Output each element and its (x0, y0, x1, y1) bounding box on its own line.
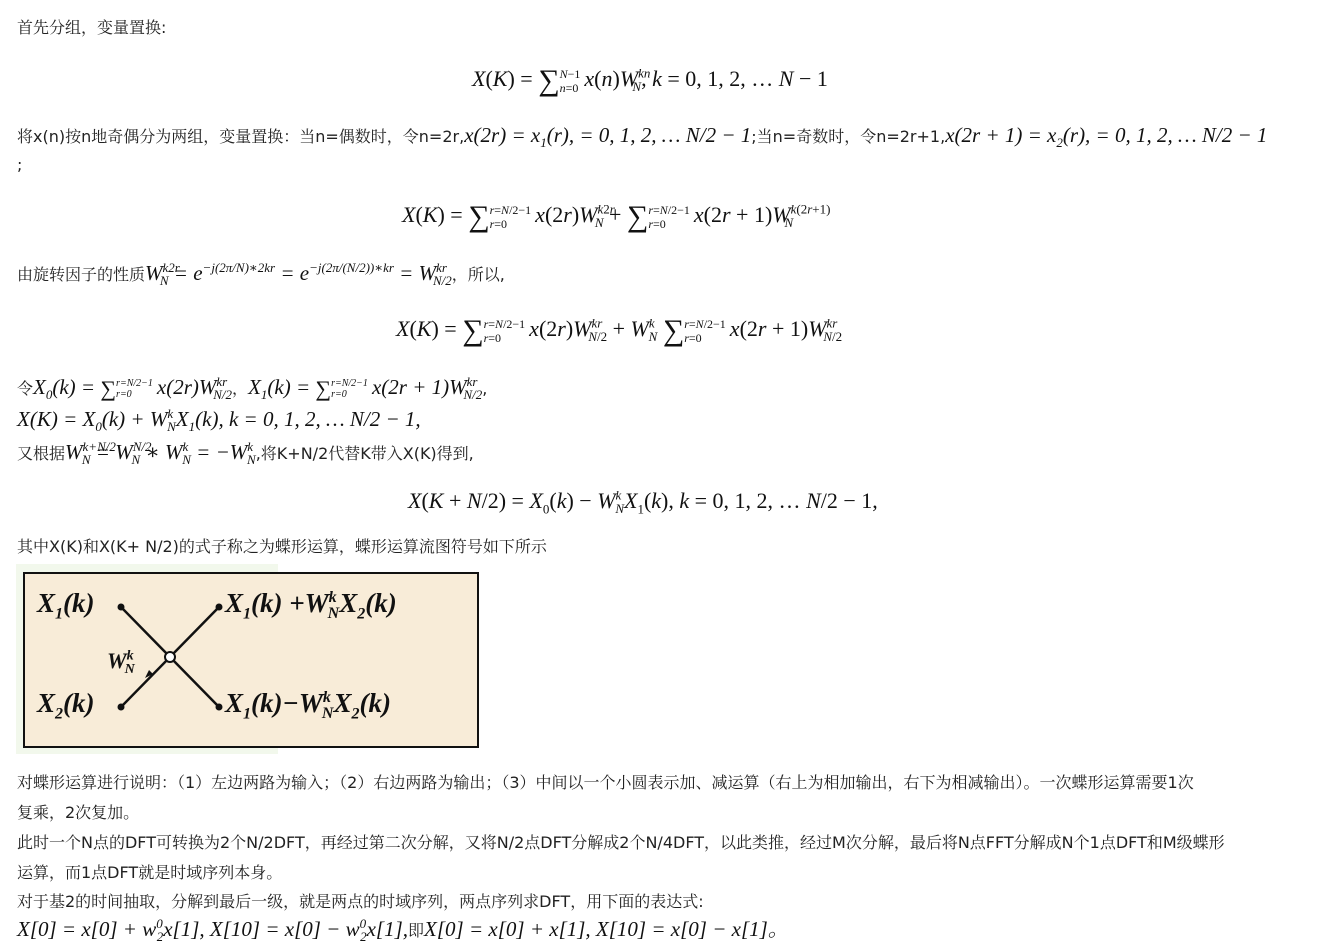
output-diff-label: X1(k)−WkNX2(k) (225, 688, 391, 719)
semicolon-text: ; (17, 154, 22, 176)
grouping-text-b: ;当n=奇数时，令n=2r+1, (751, 127, 945, 146)
output-sum-label: X1(k) +WkNX2(k) (225, 588, 397, 619)
intro-text: 首先分组，变量置换: (17, 17, 166, 39)
decomposition-line1: 此时一个N点的DFT可转换为2个N/2DFT，再经过第二次分解，又将N/2点DF… (17, 832, 1225, 854)
comma-text-2: , (482, 379, 487, 398)
let-label: 令 (17, 379, 33, 398)
periodicity-text: 又根据Wk+N/2N = WN/2N ∗ WkN = −WkN,将K+N/2代替… (17, 441, 474, 465)
grouping-text-a: 将x(n)按n地奇偶分为两组，变量置换：当n=偶数时，令n=2r, (17, 127, 464, 146)
equation-split-sum: X(K) = ∑r=N/2−1r=0x(2r)Wk2rN + ∑r=N/2−1r… (402, 200, 793, 234)
input-x2-label: X2(k) (37, 688, 95, 719)
twiddle-property-label: 由旋转因子的性质 (17, 265, 145, 284)
define-x0-x1-text: 令X0(k) = ∑r=N/2−1r=0x(2r)WkrN/2，X1(k) = … (17, 376, 487, 400)
butterfly-explanation-line1: 对蝶形运算进行说明：（1）左边两路为输入；（2）右边两路为输出；（3）中间以一个… (17, 772, 1194, 794)
input-x1-label: X1(k) (37, 588, 95, 619)
butterfly-intro-text: 其中X(K)和X(K+ N/2)的式子称之为蝶形运算，蝶形运算流图符号如下所示 (17, 536, 547, 558)
decomposition-line2: 运算，而1点DFT就是时域序列本身。 (17, 862, 282, 884)
therefore-text: ，所以, (452, 265, 505, 284)
butterfly-diagram: X1(k) X2(k) WkN X1(k) +WkNX2(k) X1(k)−Wk… (23, 572, 479, 748)
substitute-text: ,将K+N/2代替K带入X(K)得到, (256, 444, 474, 463)
twiddle-label: WkN (107, 648, 135, 674)
equation-factored-sum: X(K) = ∑r=N/2−1r=0x(2r)WkrN/2 + WkN ∑r=N… (396, 314, 842, 348)
according-label: 又根据 (17, 444, 65, 463)
butterfly-explanation-line2: 复乘，2次复加。 (17, 802, 139, 824)
equation-butterfly-diff: X(K + N/2) = X0(k) − WkNX1(k), k = 0, 1,… (408, 488, 878, 514)
equation-butterfly-sum: X(K) = X0(k) + WkNX1(k), k = 0, 1, 2, … … (17, 408, 421, 432)
two-point-dft-equation: X[0] = x[0] + w02x[1], X[10] = x[0] − w0… (17, 918, 789, 942)
comma-text: ， (232, 379, 248, 398)
grouping-text: 将x(n)按n地奇偶分为两组，变量置换：当n=偶数时，令n=2r,x(2r) =… (17, 124, 1267, 148)
namely-text: 即 (408, 921, 424, 940)
radix2-text: 对于基2的时间抽取，分解到最后一级，就是两点的时域序列，两点序列求DFT，用下面… (17, 891, 704, 913)
equation-dft-definition: X(K) = ∑N−1n=0x(n)WknN, k = 0, 1, 2, … N… (472, 64, 828, 98)
twiddle-property-text: 由旋转因子的性质Wk2rN = e−j(2π/N)∗2kr = e−j(2π/(… (17, 262, 505, 286)
